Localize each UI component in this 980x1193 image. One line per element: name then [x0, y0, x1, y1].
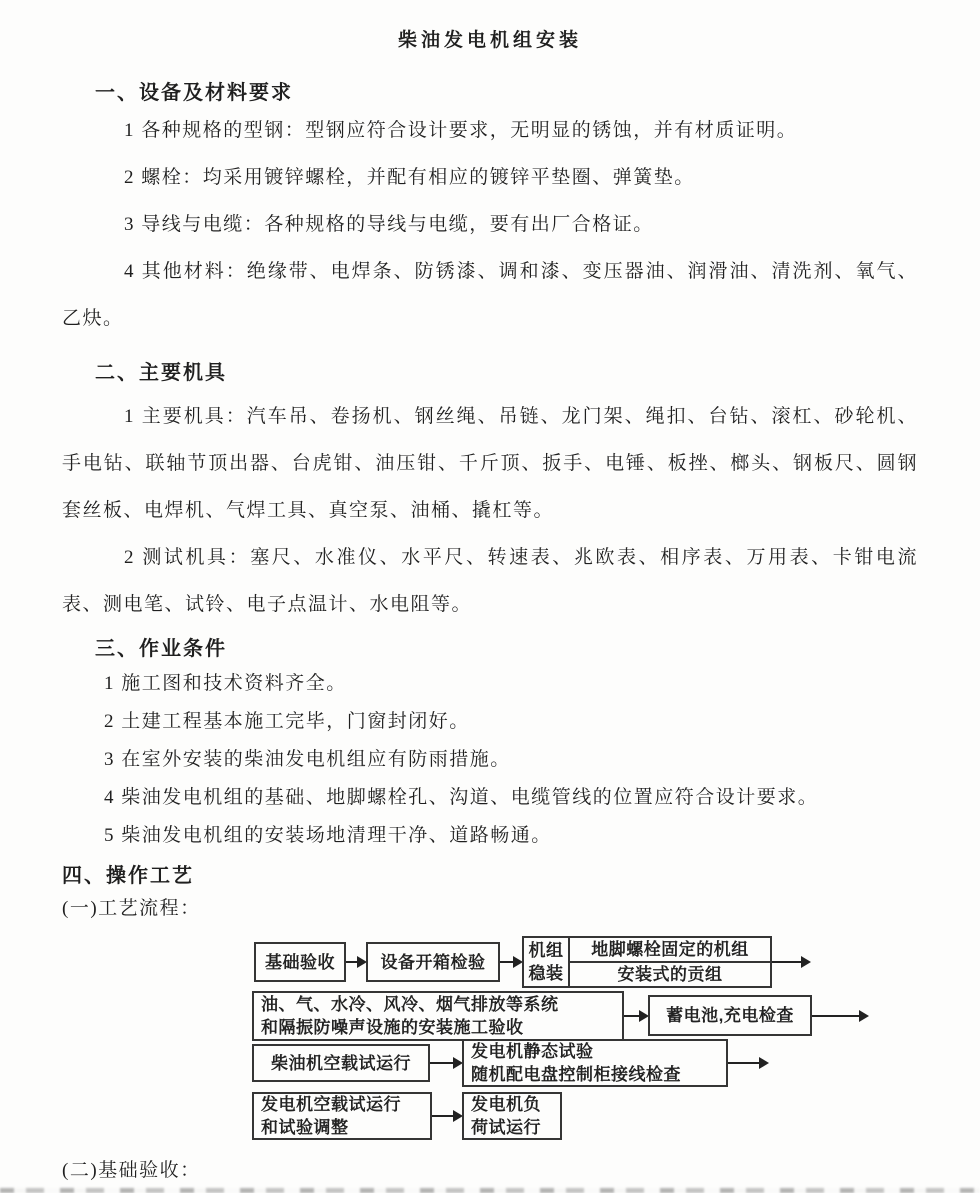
flow-box-label: 发电机负	[471, 1093, 541, 1116]
flow-box-label: 安装式的贡组	[618, 963, 723, 986]
list-item: 2 土建工程基本施工完毕，门窗封闭好。	[62, 703, 918, 741]
section-heading-1: 一、设备及材料要求	[62, 80, 918, 107]
subheading-foundation-acceptance: (二)基础验收：	[62, 1156, 918, 1186]
flow-arrow	[500, 961, 520, 963]
flow-box-label: 和试验调整	[261, 1116, 349, 1139]
paragraph: 2 测试机具：塞尺、水准仪、水平尺、转速表、兆欧表、相序表、万用表、卡钳电流表、…	[62, 534, 918, 628]
flow-box-label: 发电机空载试运行	[261, 1093, 401, 1116]
flow-arrow	[624, 1015, 646, 1017]
section-heading-4: 四、操作工艺	[62, 863, 918, 890]
condition-list: 1 施工图和技术资料齐全。 2 土建工程基本施工完毕，门窗封闭好。 3 在室外安…	[62, 665, 918, 855]
flow-box-label: 机组	[529, 939, 564, 962]
flow-arrow	[430, 1062, 460, 1064]
flow-box-label: 基础验收	[265, 951, 335, 974]
paragraph: 1 各种规格的型钢：型钢应符合设计要求，无明显的锈蚀，并有材质证明。	[62, 107, 918, 154]
paragraph: 2 螺栓：均采用镀锌螺栓，并配有相应的镀锌平垫圈、弹簧垫。	[62, 154, 918, 201]
flow-box-label: 和隔振防噪声设施的安装施工验收	[261, 1016, 524, 1039]
flow-arrow	[432, 1115, 460, 1117]
flow-box-battery-charge-check: 蓄电池,充电检查	[648, 995, 812, 1036]
subheading-process-flow: (一)工艺流程：	[62, 894, 918, 924]
flow-box-label: 稳装	[529, 962, 564, 985]
section-heading-2: 二、主要机具	[62, 360, 918, 387]
flow-box-label: 蓄电池,充电检查	[666, 1004, 794, 1027]
flow-box-label: 随机配电盘控制柜接线检查	[471, 1063, 681, 1086]
flow-box-generator-noload-adjust: 发电机空载试运行 和试验调整	[252, 1092, 432, 1140]
paragraph: 4 其他材料：绝缘带、电焊条、防锈漆、调和漆、变压器油、润滑油、清洗剂、氧气、乙…	[62, 248, 918, 342]
flow-box-unit-stable-install: 机组 稳装	[522, 936, 570, 988]
flow-box-foundation-acceptance: 基础验收	[254, 942, 346, 982]
list-item: 1 施工图和技术资料齐全。	[62, 665, 918, 703]
flow-arrow	[728, 1062, 766, 1064]
page-title: 柴油发电机组安装	[62, 26, 918, 56]
flow-box-systems-installation-acceptance: 油、气、水冷、风冷、烟气排放等系统 和隔振防噪声设施的安装施工验收	[252, 991, 624, 1041]
flow-box-diesel-noload-test: 柴油机空载试运行	[252, 1044, 430, 1082]
flow-box-generator-load-run: 发电机负 荷试运行	[462, 1092, 562, 1140]
flow-box-label: 柴油机空载试运行	[271, 1052, 411, 1075]
list-item: 3 在室外安装的柴油发电机组应有防雨措施。	[62, 741, 918, 779]
list-item: 4 柴油发电机组的基础、地脚螺栓孔、沟道、电缆管线的位置应符合设计要求。	[62, 779, 918, 817]
section-heading-3: 三、作业条件	[62, 636, 918, 663]
flow-box-label: 设备开箱检验	[381, 951, 486, 974]
flow-arrow	[346, 961, 364, 963]
flow-box-cell: 安装式的贡组	[570, 963, 770, 986]
paragraph: 1 主要机具：汽车吊、卷扬机、钢丝绳、吊链、龙门架、绳扣、台钻、滚杠、砂轮机、手…	[62, 393, 918, 534]
flow-box-cell: 地脚螺栓固定的机组	[570, 938, 770, 963]
paragraph: 3 导线与电缆：各种规格的导线与电缆，要有出厂合格证。	[62, 201, 918, 248]
flow-box-label: 荷试运行	[471, 1116, 541, 1139]
process-flowchart: 基础验收 设备开箱检验 机组 稳装 地脚螺栓固定的机组 安装式的贡组 油、气、水…	[62, 936, 918, 1142]
flow-box-unpacking-inspection: 设备开箱检验	[366, 942, 500, 982]
flow-arrow	[772, 961, 808, 963]
flow-box-label: 发电机静态试验	[471, 1040, 594, 1063]
list-item: 5 柴油发电机组的安装场地清理干净、道路畅通。	[62, 817, 918, 855]
flow-box-label: 油、气、水冷、风冷、烟气排放等系统	[261, 993, 559, 1016]
flow-arrow	[812, 1015, 866, 1017]
flow-box-anchor-variants: 地脚螺栓固定的机组 安装式的贡组	[568, 936, 772, 988]
flow-box-label: 地脚螺栓固定的机组	[591, 938, 749, 961]
flow-box-generator-static-test: 发电机静态试验 随机配电盘控制柜接线检查	[462, 1039, 728, 1087]
cut-off-text-line	[0, 1188, 980, 1193]
document-page: 柴油发电机组安装 一、设备及材料要求 1 各种规格的型钢：型钢应符合设计要求，无…	[0, 0, 980, 1193]
